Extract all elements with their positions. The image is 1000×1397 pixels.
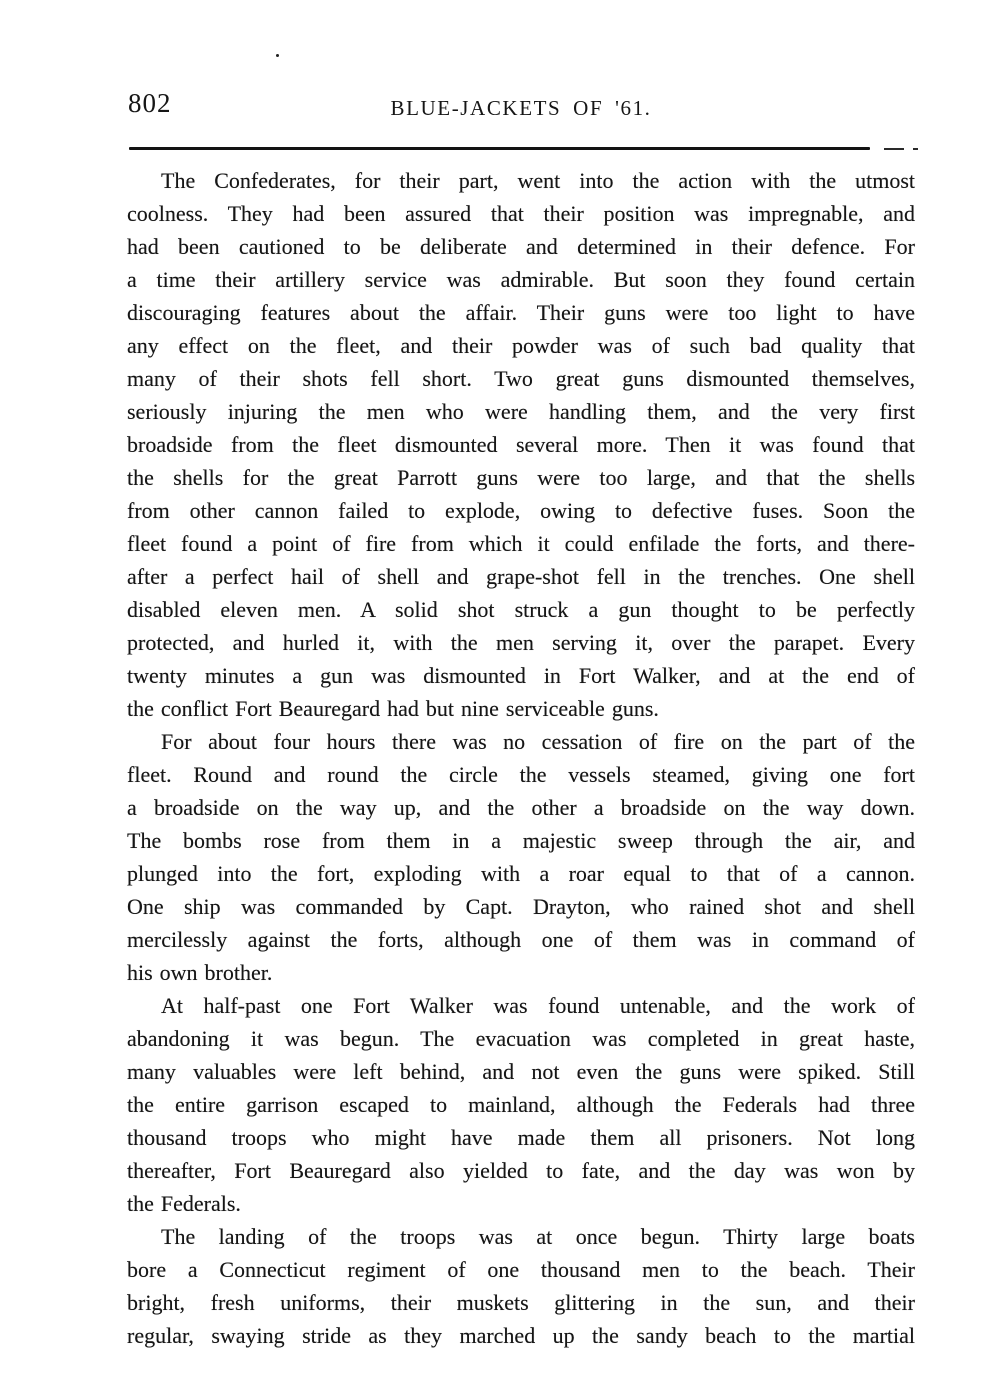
text-line: his own brother.	[127, 956, 915, 989]
text-line: from other cannon failed to explode, owi…	[127, 494, 915, 527]
text-line: disabled eleven men. A solid shot struck…	[127, 593, 915, 626]
text-line: thereafter, Fort Beauregard also yielded…	[127, 1154, 915, 1187]
text-line: mercilessly against the forts, although …	[127, 923, 915, 956]
text-line: The landing of the troops was at once be…	[127, 1220, 915, 1253]
text-line: protected, and hurled it, with the men s…	[127, 626, 915, 659]
paragraph: The landing of the troops was at once be…	[127, 1220, 915, 1352]
header-rule-dot	[913, 148, 918, 150]
text-line: regular, swaying stride as they marched …	[127, 1319, 915, 1352]
text-line: fleet. Round and round the circle the ve…	[127, 758, 915, 791]
text-line: One ship was commanded by Capt. Drayton,…	[127, 890, 915, 923]
text-line: For about four hours there was no cessat…	[127, 725, 915, 758]
text-line: bore a Connecticut regiment of one thous…	[127, 1253, 915, 1286]
text-line: plunged into the fort, exploding with a …	[127, 857, 915, 890]
text-line: had been cautioned to be deliberate and …	[127, 230, 915, 263]
text-line: The bombs rose from them in a majestic s…	[127, 824, 915, 857]
paragraph: For about four hours there was no cessat…	[127, 725, 915, 989]
text-line: broadside from the fleet dismounted seve…	[127, 428, 915, 461]
book-page-scan: 802 BLUE-JACKETS OF '61. The Confederate…	[0, 0, 1000, 1397]
running-header-title: BLUE-JACKETS OF '61.	[127, 96, 915, 121]
text-line: a time their artillery service was admir…	[127, 263, 915, 296]
text-line: the entire garrison escaped to mainland,…	[127, 1088, 915, 1121]
text-line: bright, fresh uniforms, their muskets gl…	[127, 1286, 915, 1319]
text-line: discouraging features about the affair. …	[127, 296, 915, 329]
text-line: seriously injuring the men who were hand…	[127, 395, 915, 428]
text-line: coolness. They had been assured that the…	[127, 197, 915, 230]
text-line: fleet found a point of fire from which i…	[127, 527, 915, 560]
body-text: The Confederates, for their part, went i…	[127, 164, 915, 1352]
text-line: abandoning it was begun. The evacuation …	[127, 1022, 915, 1055]
text-line: a broadside on the way up, and the other…	[127, 791, 915, 824]
text-line: the conflict Fort Beauregard had but nin…	[127, 692, 915, 725]
header-rule	[129, 147, 870, 150]
ink-speck	[276, 54, 279, 57]
text-line: after a perfect hail of shell and grape-…	[127, 560, 915, 593]
text-line: any effect on the fleet, and their powde…	[127, 329, 915, 362]
paragraph: The Confederates, for their part, went i…	[127, 164, 915, 725]
header-rule-dash	[884, 148, 904, 150]
text-line: twenty minutes a gun was dismounted in F…	[127, 659, 915, 692]
text-line: thousand troops who might have made them…	[127, 1121, 915, 1154]
text-line: many of their shots fell short. Two grea…	[127, 362, 915, 395]
text-line: many valuables were left behind, and not…	[127, 1055, 915, 1088]
paragraph: At half-past one Fort Walker was found u…	[127, 989, 915, 1220]
text-line: the shells for the great Parrott guns we…	[127, 461, 915, 494]
text-line: At half-past one Fort Walker was found u…	[127, 989, 915, 1022]
text-line: the Federals.	[127, 1187, 915, 1220]
text-line: The Confederates, for their part, went i…	[127, 164, 915, 197]
